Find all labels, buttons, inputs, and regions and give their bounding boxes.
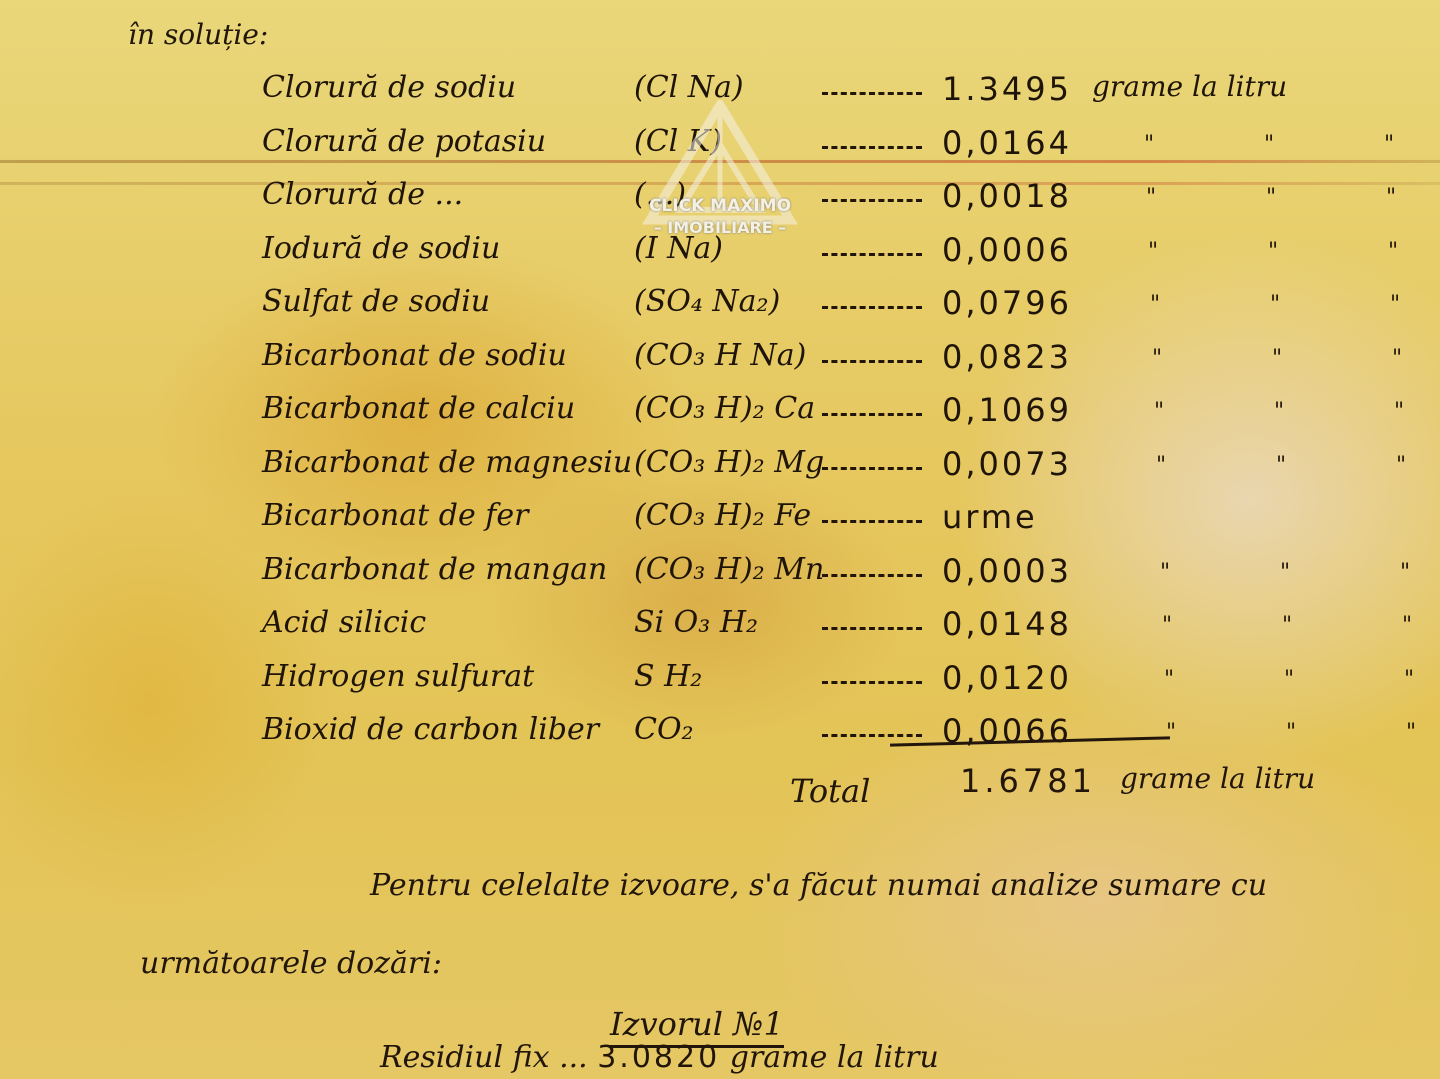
compound-name: Clorură de sodiu [262,70,516,105]
compound-formula: (CO₃ H)₂ Ca [634,391,815,426]
leader-dots [822,197,922,202]
ditto-mark: " [1284,667,1294,692]
compound-name: Clorură de ... [262,177,463,212]
paragraph-line-2: următoarele dozări: [140,946,442,981]
watermark-line-1: CLICK MAXIMO [640,196,800,216]
leader-dots [822,411,922,416]
compound-formula: (CO₃ H)₂ Mn [634,552,824,587]
intro-text: în soluție: [128,18,268,51]
compound-name: Bicarbonat de fer [262,498,528,533]
compound-name: Iodură de sodiu [262,231,500,266]
residue-unit: grame la litru [730,1040,939,1075]
compound-name: Bicarbonat de mangan [262,552,607,587]
ditto-mark: " [1150,292,1160,317]
ditto-mark: " [1394,399,1404,424]
leader-dots [822,625,922,630]
leader-dots [822,144,922,149]
table-row: Bicarbonat de fer(CO₃ H)₂ Feurme [262,498,1412,548]
compound-formula: CO₂ [634,712,694,747]
compound-formula: S H₂ [634,659,702,694]
table-row: Clorură de ...(...)0,0018""" [262,177,1412,227]
ditto-mark: " [1266,185,1276,210]
table-row: Clorură de potasiu(Cl K)0,0164""" [262,124,1412,174]
leader-dots [822,358,922,363]
ditto-mark: " [1276,453,1286,478]
concentration-value: 0,0073 [942,445,1072,483]
compound-formula: (CO₃ H Na) [634,338,806,373]
concentration-value: 0,0164 [942,124,1072,162]
ditto-mark: " [1390,292,1400,317]
total-unit: grame la litru [1120,762,1315,795]
table-row: Clorură de sodiu(Cl Na)1.3495grame la li… [262,70,1412,120]
ditto-mark: " [1156,453,1166,478]
ditto-mark: " [1280,560,1290,585]
concentration-value: 1.3495 [942,70,1072,108]
leader-dots [822,90,922,95]
compound-formula: (SO₄ Na₂) [634,284,780,319]
compound-name: Bioxid de carbon liber [262,712,599,747]
ditto-mark: " [1148,239,1158,264]
concentration-value: urme [942,498,1038,536]
ditto-mark: " [1282,613,1292,638]
table-row: Sulfat de sodiu(SO₄ Na₂)0,0796""" [262,284,1412,334]
ditto-mark: " [1384,132,1394,157]
table-row: Bioxid de carbon liberCO₂0,0066""" [262,712,1412,762]
ditto-mark: " [1162,613,1172,638]
ditto-mark: " [1264,132,1274,157]
leader-dots [822,518,922,523]
concentration-value: 0,0823 [942,338,1072,376]
ditto-mark: " [1388,239,1398,264]
concentration-value: 0,0148 [942,605,1072,643]
table-row: Bicarbonat de mangan(CO₃ H)₂ Mn0,0003""" [262,552,1412,602]
ditto-mark: " [1406,720,1416,745]
unit-label: grame la litru [1092,70,1287,103]
compound-name: Acid silicic [262,605,426,640]
ditto-mark: " [1386,185,1396,210]
total-value: 1.6781 [960,762,1096,800]
table-row: Bicarbonat de magnesiu(CO₃ H)₂ Mg0,0073"… [262,445,1412,495]
ditto-mark: " [1154,399,1164,424]
residue-line: Residiul fix ... 3.0820 grame la litru [380,1040,939,1075]
ditto-mark: " [1396,453,1406,478]
watermark-line-2: – IMOBILIARE – [640,218,800,237]
table-row: Acid silicicSi O₃ H₂0,0148""" [262,605,1412,655]
table-row: Hidrogen sulfuratS H₂0,0120""" [262,659,1412,709]
concentration-value: 0,0120 [942,659,1072,697]
concentration-value: 0,0003 [942,552,1072,590]
paragraph-line-1: Pentru celelalte izvoare, s'a făcut numa… [370,868,1267,903]
ditto-mark: " [1404,667,1414,692]
concentration-value: 0,0006 [942,231,1072,269]
compound-name: Bicarbonat de sodiu [262,338,567,373]
compound-name: Bicarbonat de calciu [262,391,575,426]
ditto-mark: " [1392,346,1402,371]
ditto-mark: " [1268,239,1278,264]
ditto-mark: " [1144,132,1154,157]
table-row: Bicarbonat de calciu(CO₃ H)₂ Ca0,1069""" [262,391,1412,441]
leader-dots [822,572,922,577]
residue-dots: ... [559,1040,597,1075]
residue-label: Residiul fix [380,1040,550,1075]
ditto-mark: " [1164,667,1174,692]
ditto-mark: " [1272,346,1282,371]
table-row: Iodură de sodiu(I Na)0,0006""" [262,231,1412,281]
compound-name: Clorură de potasiu [262,124,546,159]
ditto-mark: " [1166,720,1176,745]
ditto-mark: " [1146,185,1156,210]
concentration-value: 0,0796 [942,284,1072,322]
ditto-mark: " [1286,720,1296,745]
ditto-mark: " [1402,613,1412,638]
residue-value: 3.0820 [597,1040,720,1075]
ditto-mark: " [1274,399,1284,424]
compound-name: Hidrogen sulfurat [262,659,534,694]
compound-name: Sulfat de sodiu [262,284,490,319]
ditto-mark: " [1152,346,1162,371]
leader-dots [822,465,922,470]
concentration-value: 0,0018 [942,177,1072,215]
compound-formula: (CO₃ H)₂ Mg [634,445,824,480]
leader-dots [822,679,922,684]
compound-formula: Si O₃ H₂ [634,605,758,640]
compound-name: Bicarbonat de magnesiu [262,445,632,480]
leader-dots [822,251,922,256]
compound-formula: (CO₃ H)₂ Fe [634,498,811,533]
table-row: Bicarbonat de sodiu(CO₃ H Na)0,0823""" [262,338,1412,388]
ditto-mark: " [1400,560,1410,585]
total-label: Total [790,772,870,810]
ditto-mark: " [1160,560,1170,585]
ditto-mark: " [1270,292,1280,317]
concentration-value: 0,1069 [942,391,1072,429]
leader-dots [822,732,922,737]
leader-dots [822,304,922,309]
